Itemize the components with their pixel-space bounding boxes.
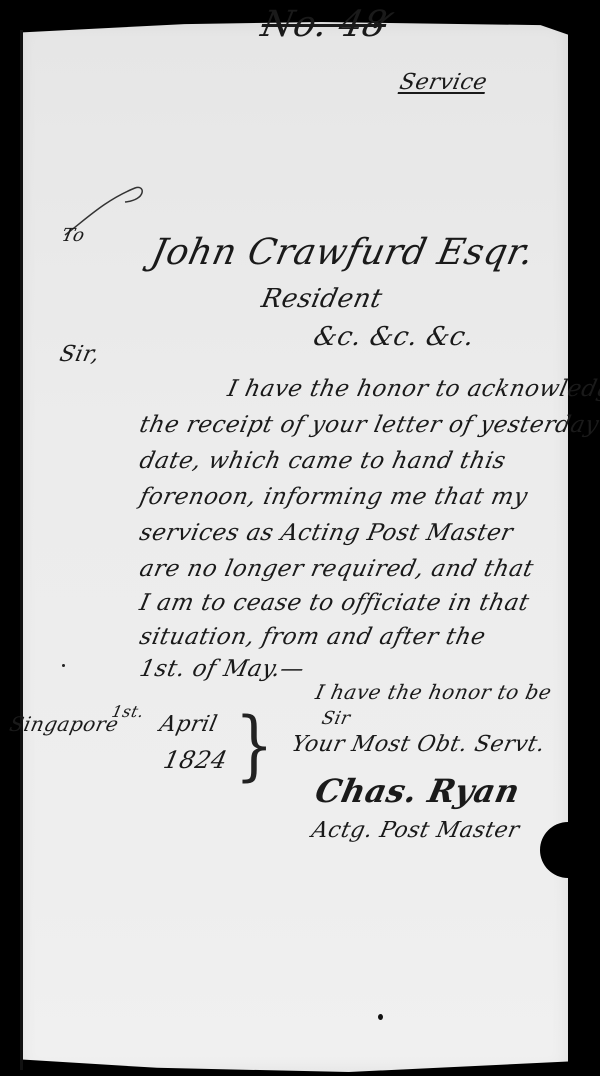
to-label: To bbox=[60, 225, 87, 246]
service-label: Service bbox=[397, 70, 489, 95]
body-line: date, which came to hand this bbox=[137, 448, 508, 474]
body-line: services as Acting Post Master bbox=[137, 520, 515, 546]
closing-sir: Sir bbox=[320, 708, 353, 729]
brace-icon: } bbox=[235, 700, 274, 789]
body-line: I have the honor to acknowledge bbox=[225, 376, 600, 402]
binding-hole bbox=[540, 822, 600, 878]
margin-dot bbox=[62, 664, 65, 667]
dateline-month: April bbox=[157, 712, 219, 737]
recipient-title: Resident bbox=[259, 284, 385, 314]
body-line: 1st. of May.— bbox=[137, 656, 307, 682]
recipient-name: John Crawfurd Esqr. bbox=[148, 232, 538, 273]
body-line: situation, from and after the bbox=[137, 624, 488, 650]
dateline-year: 1824 bbox=[161, 746, 230, 774]
ink-dot bbox=[378, 1014, 383, 1020]
body-line: forenoon, informing me that my bbox=[137, 484, 530, 510]
closing-complimentary: Your Most Obt. Servt. bbox=[289, 732, 547, 757]
body-line: the receipt of your letter of yesterday'… bbox=[137, 412, 600, 438]
body-line: are no longer required, and that bbox=[137, 556, 536, 582]
dateline-place: Singapore bbox=[7, 712, 121, 736]
body-line: I am to cease to officiate in that bbox=[137, 590, 531, 616]
etcetera: &c. &c. &c. bbox=[311, 322, 477, 352]
page-left-edge bbox=[20, 30, 23, 1070]
salutation: Sir, bbox=[57, 342, 102, 367]
signature: Chas. Ryan bbox=[312, 772, 523, 810]
signature-title: Actg. Post Master bbox=[309, 818, 522, 843]
closing-line: I have the honor to be bbox=[313, 680, 554, 704]
dateline-day: 1st. bbox=[110, 702, 146, 721]
